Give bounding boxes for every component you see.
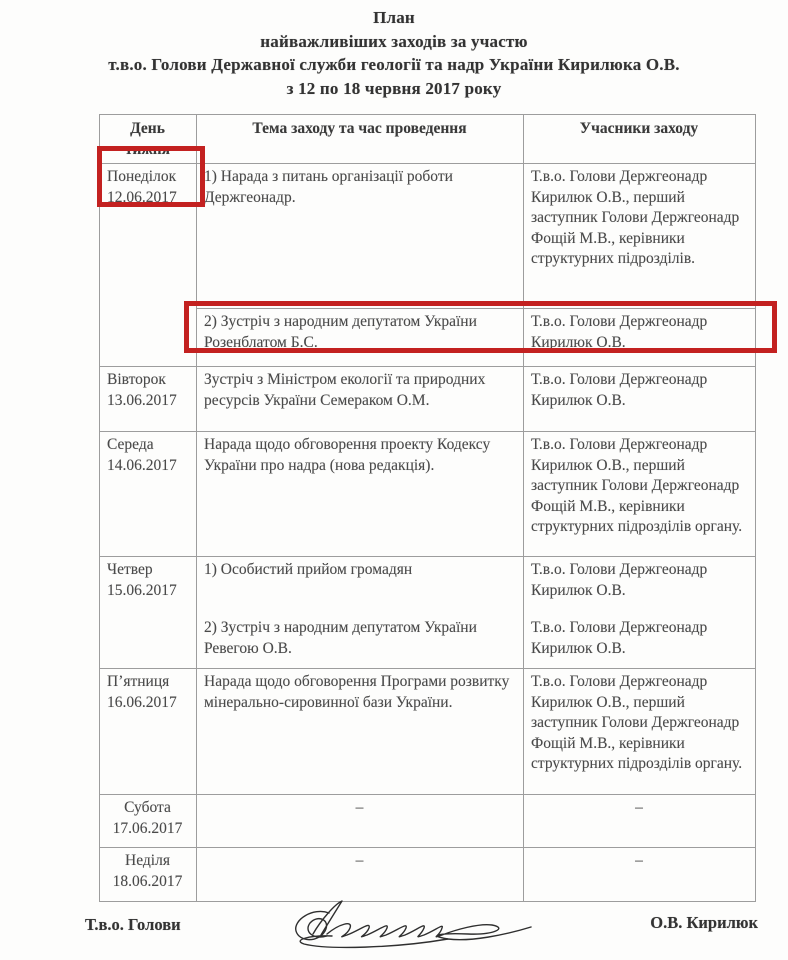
- topic-cell-monday-1: 1) Нарада з питань організації роботи Де…: [197, 164, 524, 309]
- highlight-box-monday-date: [97, 146, 205, 207]
- participants-cell-monday-1: Т.в.о. Голови Держгеонадр Кирилюк О.В., …: [524, 164, 756, 309]
- day-name: Четвер: [107, 560, 188, 581]
- day-name: Субота: [107, 798, 188, 819]
- day-date: 15.06.2017: [107, 581, 188, 602]
- row-wednesday: Середа 14.06.2017 Нарада щодо обговоренн…: [100, 432, 756, 557]
- day-name: Середа: [107, 435, 188, 456]
- row-thursday: Четвер 15.06.2017 1) Особистий прийом гр…: [100, 557, 756, 669]
- title-line-3: т.в.о. Голови Державної служби геології …: [0, 53, 788, 77]
- header-cell-participants: Учасники заходу: [524, 115, 756, 164]
- day-date: 13.06.2017: [107, 391, 188, 412]
- participants-cell-tuesday: Т.в.о. Голови Держгеонадр Кирилюк О.В.: [524, 367, 756, 432]
- participants-cell-saturday: –: [524, 795, 756, 848]
- day-cell-thursday: Четвер 15.06.2017: [100, 557, 197, 669]
- schedule-table: День тижня Тема заходу та час проведення…: [99, 114, 756, 902]
- signature-icon: [283, 898, 535, 952]
- thursday-participants-1: Т.в.о. Голови Держгеонадр Кирилюк О.В.: [531, 560, 747, 618]
- footer-signer-name: О.В. Кирилюк: [650, 913, 758, 933]
- day-cell-friday: П’ятниця 16.06.2017: [100, 669, 197, 795]
- participants-cell-friday: Т.в.о. Голови Держгеонадр Кирилюк О.В., …: [524, 669, 756, 795]
- participants-cell-wednesday: Т.в.о. Голови Держгеонадр Кирилюк О.В., …: [524, 432, 756, 557]
- title-line-1: План: [0, 6, 788, 30]
- scanned-document-page: План найважливіших заходів за участю т.в…: [0, 0, 788, 960]
- topic-cell-wednesday: Нарада щодо обговорення проекту Кодексу …: [197, 432, 524, 557]
- day-date: 14.06.2017: [107, 456, 188, 477]
- row-saturday: Субота 17.06.2017 – –: [100, 795, 756, 848]
- header-cell-topic: Тема заходу та час проведення: [197, 115, 524, 164]
- topic-cell-thursday: 1) Особистий прийом громадян 2) Зустріч …: [197, 557, 524, 669]
- day-name: Вівторок: [107, 370, 188, 391]
- day-date: 18.06.2017: [107, 872, 188, 893]
- thursday-event-2: 2) Зустріч з народним депутатом України …: [204, 618, 515, 659]
- highlight-box-rozenblat-meeting: [184, 301, 777, 353]
- day-date: 16.06.2017: [107, 693, 188, 714]
- thursday-participants-2: Т.в.о. Голови Держгеонадр Кирилюк О.В.: [531, 618, 747, 659]
- day-name: П’ятниця: [107, 672, 188, 693]
- day-date: 17.06.2017: [107, 819, 188, 840]
- day-name: Неділя: [107, 851, 188, 872]
- day-cell-saturday: Субота 17.06.2017: [100, 795, 197, 848]
- header-day-line-1: День: [107, 119, 188, 140]
- topic-cell-friday: Нарада щодо обговорення Програми розвитк…: [197, 669, 524, 795]
- topic-cell-saturday: –: [197, 795, 524, 848]
- thursday-event-1: 1) Особистий прийом громадян: [204, 560, 515, 618]
- title-line-4: з 12 по 18 червня 2017 року: [0, 77, 788, 101]
- row-tuesday: Вівторок 13.06.2017 Зустріч з Міністром …: [100, 367, 756, 432]
- participants-cell-thursday: Т.в.о. Голови Держгеонадр Кирилюк О.В. Т…: [524, 557, 756, 669]
- row-friday: П’ятниця 16.06.2017 Нарада щодо обговоре…: [100, 669, 756, 795]
- document-title: План найважливіших заходів за участю т.в…: [0, 6, 788, 100]
- title-line-2: найважливіших заходів за участю: [0, 30, 788, 54]
- day-cell-tuesday: Вівторок 13.06.2017: [100, 367, 197, 432]
- topic-cell-tuesday: Зустріч з Міністром екології та природни…: [197, 367, 524, 432]
- footer: Т.в.о. Голови О.В. Кирилюк: [0, 893, 788, 953]
- footer-position-label: Т.в.о. Голови: [85, 915, 181, 935]
- day-cell-wednesday: Середа 14.06.2017: [100, 432, 197, 557]
